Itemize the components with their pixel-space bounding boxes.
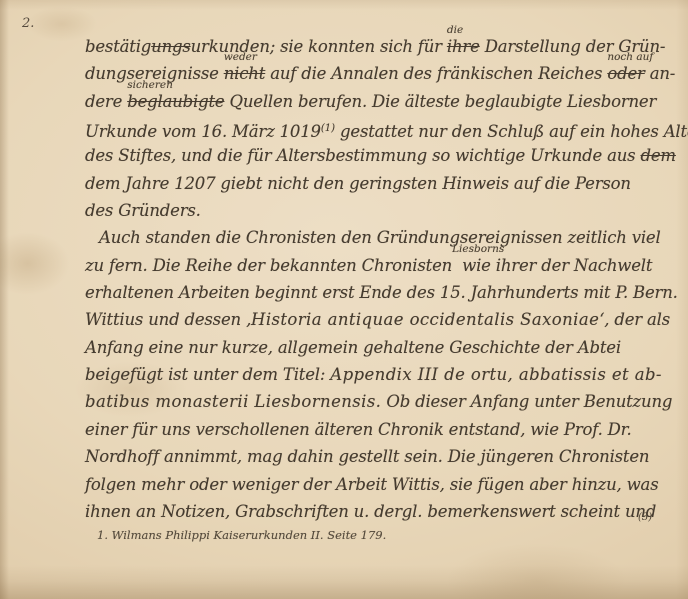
manuscript-page: 2. bestätigungsurkunden; sie konnten sic… [0,0,688,599]
footnote-marker: (3) [638,512,652,523]
manuscript-line: des Gründers. [85,197,685,224]
text-segment: auf die Annalen des fränkischen Reiches [265,64,607,83]
text-segment: Wittius und dessen ‚ [85,310,251,329]
text-segment: einer für uns verschollenen älteren Chro… [85,420,632,439]
text-segment: Ob dieser Anfang unter Benutzung [381,392,672,411]
text-segment: Quellen berufen. Die älteste beglaubigte… [224,92,656,111]
text-segment: Anfang eine nur kurze, allgemein gehalte… [85,338,621,357]
manuscript-line: Wittius und dessen ‚Historia antiquae oc… [85,306,685,333]
manuscript-line: bestätigungsurkunden; sie konnten sich f… [85,33,685,60]
text-segment: beglaubigtesicheren [127,92,224,111]
manuscript-line: Anfang eine nur kurze, allgemein gehalte… [85,334,685,361]
text-segment: dere [85,92,127,111]
manuscript-line: Urkunde vom 16. März 1019(1) gestattet n… [85,115,685,142]
text-segment: folgen mehr oder weniger der Arbeit Witt… [85,475,658,494]
manuscript-lines: bestätigungsurkunden; sie konnten sich f… [85,33,685,525]
text-segment: ‘, der als [599,310,670,329]
text-segment: nichtweder [224,64,265,83]
text-segment: ihredie [447,37,480,56]
manuscript-line: einer für uns verschollenen älteren Chro… [85,416,685,443]
latin-phrase: batibus monasterii Liesbornensis. [85,392,381,411]
text-segment: an- [645,64,675,83]
text-segment: zu fern. Die Reihe der bekannten Chronis… [85,256,452,275]
text-segment: bestätig [85,37,151,56]
latin-phrase: Historia antiquae occidentalis Saxoniae [251,310,599,329]
text-segment: Liesborns [452,256,462,275]
text-segment: dem Jahre 1207 giebt nicht den geringste… [85,174,631,193]
latin-phrase: Appendix III de ortu, abbatissis et ab- [330,365,662,384]
manuscript-line: batibus monasterii Liesbornensis. Ob die… [85,388,685,415]
interlinear-insertion: sicheren [127,80,173,90]
text-segment: ihnen an Notizen, Grabschriften u. dergl… [85,502,656,521]
text-segment: beigefügt ist unter dem Titel: [85,365,330,384]
manuscript-line: dungsereignisse nichtweder auf die Annal… [85,60,685,87]
manuscript-line: zu fern. Die Reihe der bekannten Chronis… [85,252,685,279]
text-segment: gestattet nur den Schluß auf ein hohes A… [335,122,688,141]
text-segment: des Gründers. [85,201,201,220]
manuscript-line: dere beglaubigtesicheren Quellen berufen… [85,88,685,115]
interlinear-insertion: noch auf [607,52,653,62]
manuscript-line: Nordhoff annimmt, mag dahin gestellt sei… [85,443,685,470]
manuscript-line: dem Jahre 1207 giebt nicht den geringste… [85,170,685,197]
text-segment: dem [640,146,675,165]
text-segment: Auch standen die Chronisten den Gründung… [99,228,661,247]
text-segment: Urkunde vom 16. März 1019 [85,122,321,141]
text-segment: erhaltenen Arbeiten beginnt erst Ende de… [85,283,678,302]
text-segment: odernoch auf [607,64,644,83]
manuscript-line: folgen mehr oder weniger der Arbeit Witt… [85,471,685,498]
text-segment: ungs [151,37,190,56]
footnote: 1. Wilmans Philippi Kaiserurkunden II. S… [97,528,386,542]
interlinear-insertion: Liesborns [452,244,504,254]
text-segment: (1) [321,123,335,134]
page-number: 2. [22,16,34,31]
manuscript-line: beigefügt ist unter dem Titel: Appendix … [85,361,685,388]
interlinear-insertion: weder [224,52,257,62]
interlinear-insertion: die [447,25,463,35]
manuscript-line: ihnen an Notizen, Grabschriften u. dergl… [85,498,685,525]
text-segment: Nordhoff annimmt, mag dahin gestellt sei… [85,447,649,466]
manuscript-line: erhaltenen Arbeiten beginnt erst Ende de… [85,279,685,306]
manuscript-line: Auch standen die Chronisten den Gründung… [85,224,685,251]
text-segment: des Stiftes, und die für Altersbestimmun… [85,146,640,165]
manuscript-line: des Stiftes, und die für Altersbestimmun… [85,142,685,169]
text-segment: wie ihrer der Nachwelt [462,256,652,275]
